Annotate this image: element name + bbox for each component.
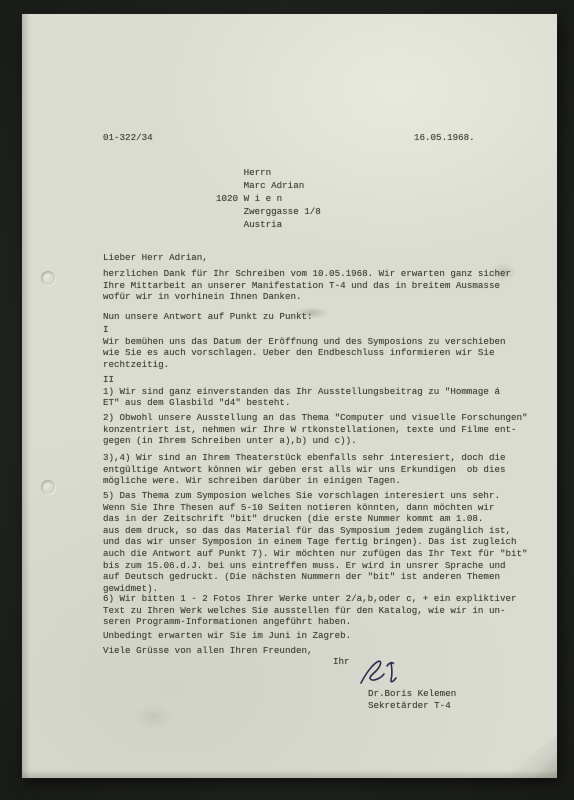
salutation: Lieber Herr Adrian, bbox=[103, 252, 208, 264]
paragraph-thanks: herzlichen Dank für Ihr Schreiben vom 10… bbox=[103, 268, 511, 303]
signature-name: Dr.Boris Kelemen bbox=[368, 688, 456, 699]
paragraph-point-5: 5) Das Thema zum Symposion welches Sie v… bbox=[103, 490, 528, 594]
letter-date: 16.05.1968. bbox=[414, 132, 475, 144]
signature-title: Sekretärder T-4 bbox=[368, 700, 451, 711]
closing-pronoun: Ihr bbox=[333, 656, 350, 668]
paragraph-invitation: Unbedingt erwarten wir Sie im Juni in Za… bbox=[103, 630, 351, 642]
scan-background-mat: 01-322/34 16.05.1968. Herrn Marc Adrian … bbox=[0, 0, 574, 800]
paper-stain bbox=[134, 704, 174, 730]
signature-scribble-icon bbox=[358, 659, 404, 689]
paragraph-point-3-4: 3),4) Wir sind an Ihrem Theaterstück ebe… bbox=[103, 452, 505, 487]
address-line: 1020 W i e n bbox=[216, 193, 282, 204]
paragraph-point-6: 6) Wir bitten 1 - 2 Fotos Ihrer Werke un… bbox=[103, 593, 517, 628]
paper-corner-fold bbox=[505, 734, 557, 778]
punch-hole-bottom bbox=[41, 480, 55, 494]
paragraph-point-1: I Wir bemühen uns das Datum der Eröffnun… bbox=[103, 324, 505, 370]
reference-number: 01-322/34 bbox=[103, 132, 153, 144]
signature-block: Dr.Boris Kelemen Sekretärder T-4 bbox=[368, 688, 456, 712]
handwritten-signature bbox=[358, 659, 404, 689]
letter-paper: 01-322/34 16.05.1968. Herrn Marc Adrian … bbox=[22, 14, 557, 778]
punch-hole-top bbox=[41, 271, 55, 285]
address-line: Herrn bbox=[216, 167, 271, 178]
address-line: Austria bbox=[216, 219, 282, 230]
paper-bottom-edge-shadow bbox=[22, 770, 557, 778]
paragraph-intro: Nun unsere Antwort auf Punkt zu Punkt: bbox=[103, 311, 313, 323]
address-line: Zwerggasse 1/8 bbox=[216, 206, 321, 217]
closing-greeting: Viele Grüsse von allen Ihren Freunden, bbox=[103, 645, 313, 657]
address-line: Marc Adrian bbox=[216, 180, 304, 191]
paragraph-point-2-2: 2) Obwohl unsere Ausstellung an das Them… bbox=[103, 412, 528, 447]
paragraph-point-2-1: II 1) Wir sind ganz einverstanden das Ih… bbox=[103, 374, 500, 409]
recipient-address: Herrn Marc Adrian 1020 W i e n Zwerggass… bbox=[216, 166, 321, 231]
